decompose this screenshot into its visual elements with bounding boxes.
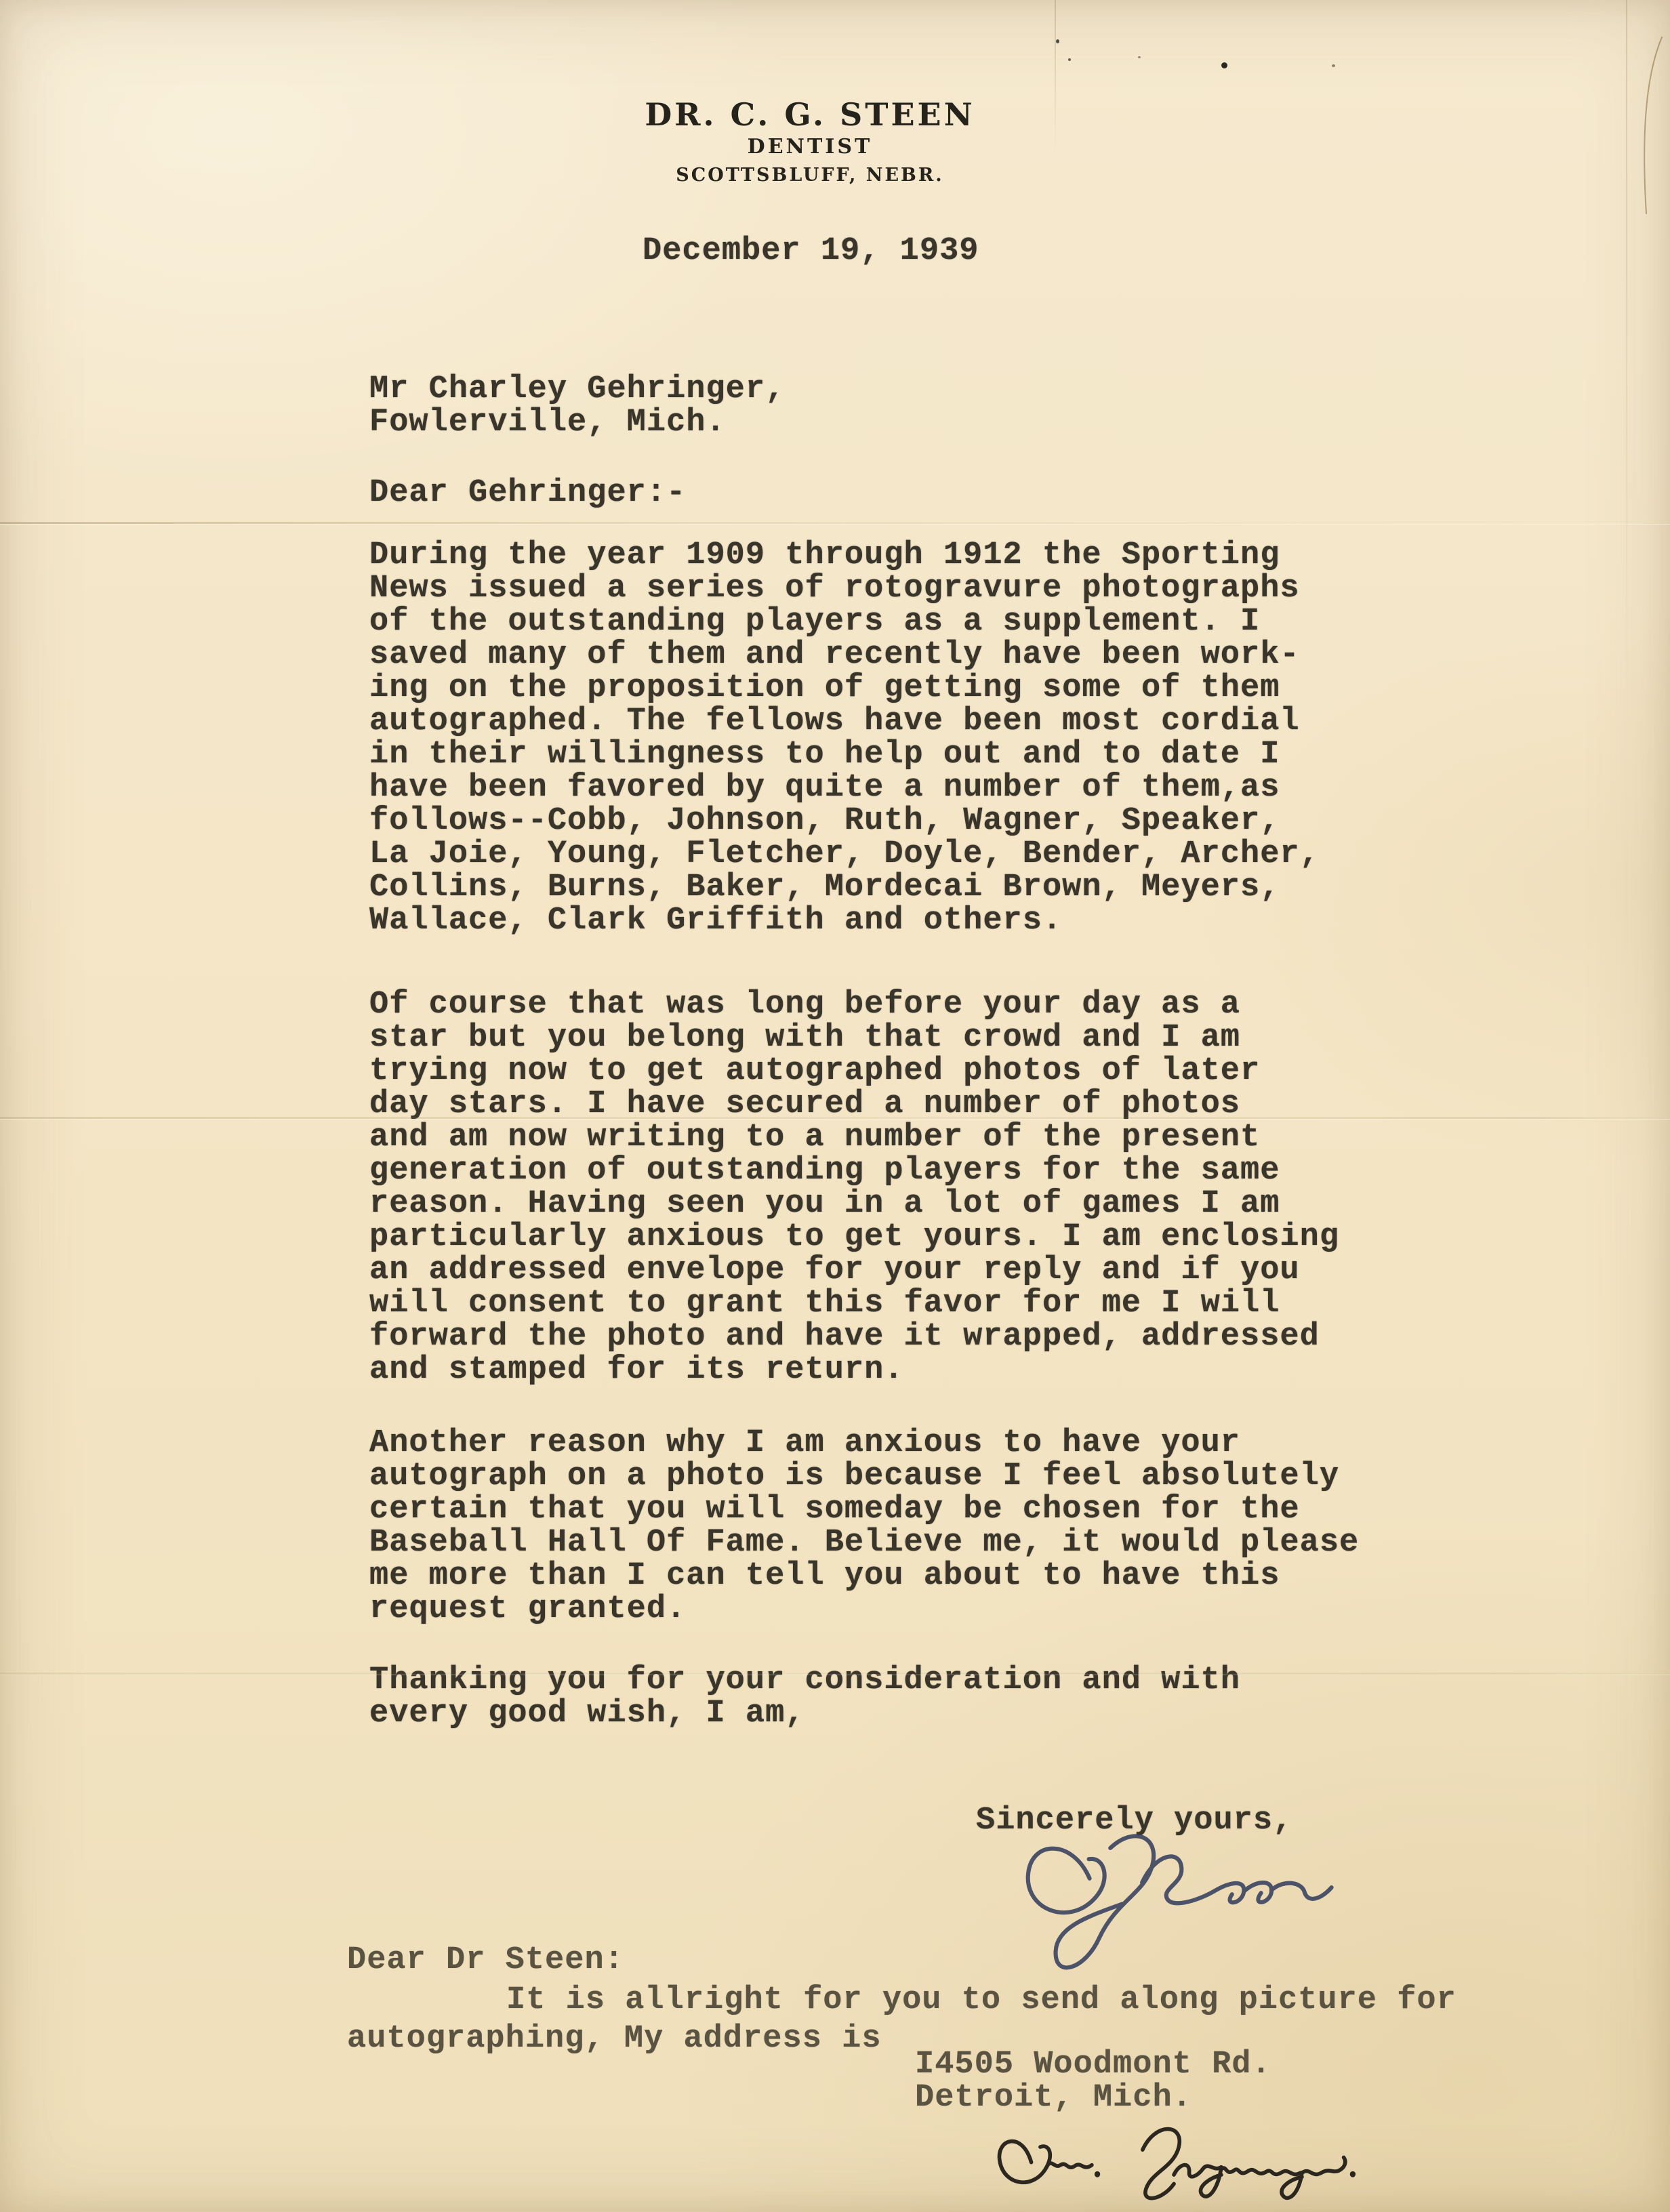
date-line: December 19, 1939	[643, 234, 979, 268]
ink-speck	[1332, 64, 1335, 67]
ink-speck	[1068, 58, 1071, 61]
reply-line-1: It is allright for you to send along pic…	[506, 1984, 1457, 2017]
paragraph-4: Thanking you for your consideration and …	[369, 1664, 1240, 1730]
closing-line: Sincerely yours,	[976, 1804, 1292, 1837]
gehringer-signature-ink	[991, 2112, 1381, 2207]
ink-speck	[1221, 62, 1227, 68]
reply-line-2: autographing, My address is	[347, 2022, 882, 2055]
recipient-block: Mr Charley Gehringer, Fowlerville, Mich.	[369, 373, 785, 439]
fold-crease-top	[0, 522, 1670, 524]
letterhead-name: DR. C. G. STEEN	[268, 96, 1352, 133]
reply-salutation: Dear Dr Steen:	[347, 1944, 624, 1977]
paragraph-1: During the year 1909 through 1912 the Sp…	[369, 539, 1320, 937]
ink-speck	[1056, 39, 1059, 43]
crease-vertical-right	[1626, 0, 1627, 759]
reply-address: I4505 Woodmont Rd. Detroit, Mich.	[915, 2048, 1271, 2114]
letter-page: DR. C. G. STEEN DENTIST SCOTTSBLUFF, NEB…	[0, 0, 1670, 2212]
ink-speck	[1138, 56, 1141, 58]
letterhead-profession: DENTIST	[268, 135, 1352, 159]
steen-signature-ink	[1006, 1816, 1339, 1989]
salutation: Dear Gehringer:-	[369, 476, 686, 510]
letterhead-location: SCOTTSBLUFF, NEBR.	[268, 165, 1352, 186]
paragraph-3: Another reason why I am anxious to have …	[369, 1427, 1359, 1626]
paragraph-2: Of course that was long before your day …	[369, 988, 1339, 1387]
